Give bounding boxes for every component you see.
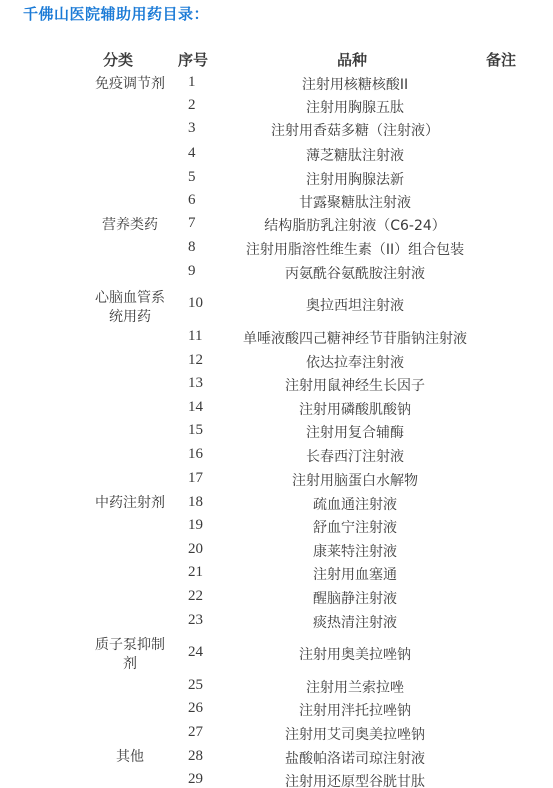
table-row: 15注射用复合辅酶 xyxy=(0,422,553,445)
page-title: 千佛山医院辅助用药目录： xyxy=(23,3,209,24)
drug-name: 注射用脂溶性维生素（II）组合包装 xyxy=(210,239,500,259)
table-row: 26注射用泮托拉唑钠 xyxy=(0,700,553,723)
table-row: 7结构脂肪乳注射液（C6-24） xyxy=(0,215,553,238)
table-row: 9丙氨酰谷氨酰胺注射液 xyxy=(0,263,553,286)
drug-name: 疏血通注射液 xyxy=(210,494,500,514)
table-row: 19舒血宁注射液 xyxy=(0,517,553,540)
row-number: 29 xyxy=(188,771,212,788)
table-row: 21注射用血塞通 xyxy=(0,564,553,587)
table-row: 13注射用鼠神经生长因子 xyxy=(0,375,553,398)
row-number: 28 xyxy=(188,748,212,765)
table-row: 4薄芝糖肽注射液 xyxy=(0,145,553,168)
drug-name: 注射用泮托拉唑钠 xyxy=(210,700,500,720)
drug-name: 注射用胸腺五肽 xyxy=(210,97,500,117)
row-number: 6 xyxy=(188,192,212,209)
row-number: 1 xyxy=(188,74,212,91)
row-number: 24 xyxy=(188,644,212,661)
drug-name: 注射用艾司奥美拉唑钠 xyxy=(210,724,500,744)
drug-name: 丙氨酰谷氨酰胺注射液 xyxy=(210,263,500,283)
row-number: 4 xyxy=(188,145,212,162)
table-row: 20康莱特注射液 xyxy=(0,541,553,564)
row-number: 20 xyxy=(188,541,212,558)
drug-name: 单唾液酸四己糖神经节苷脂钠注射液 xyxy=(210,328,500,348)
row-number: 16 xyxy=(188,446,212,463)
table-row: 24注射用奥美拉唑钠 xyxy=(0,644,553,667)
table-row: 16长春西汀注射液 xyxy=(0,446,553,469)
drug-name: 依达拉奉注射液 xyxy=(210,352,500,372)
table-row: 29注射用还原型谷胱甘肽 xyxy=(0,771,553,788)
drug-name: 薄芝糖肽注射液 xyxy=(210,145,500,165)
table-row: 18疏血通注射液 xyxy=(0,494,553,517)
drug-name: 注射用奥美拉唑钠 xyxy=(210,644,500,664)
row-number: 15 xyxy=(188,422,212,439)
row-number: 12 xyxy=(188,352,212,369)
header-note: 备注 xyxy=(486,49,516,70)
row-number: 17 xyxy=(188,470,212,487)
table-row: 5注射用胸腺法新 xyxy=(0,169,553,192)
drug-name: 奥拉西坦注射液 xyxy=(210,295,500,315)
row-number: 5 xyxy=(188,169,212,186)
table-row: 8注射用脂溶性维生素（II）组合包装 xyxy=(0,239,553,262)
table-row: 6甘露聚糖肽注射液 xyxy=(0,192,553,215)
drug-name: 注射用胸腺法新 xyxy=(210,169,500,189)
drug-name: 痰热清注射液 xyxy=(210,612,500,632)
drug-name: 注射用还原型谷胱甘肽 xyxy=(210,771,500,788)
table-row: 22醒脑静注射液 xyxy=(0,588,553,611)
table-row: 23痰热清注射液 xyxy=(0,612,553,635)
drug-name: 康莱特注射液 xyxy=(210,541,500,561)
drug-name: 注射用香菇多糖（注射液） xyxy=(210,120,500,140)
table-row: 2注射用胸腺五肽 xyxy=(0,97,553,120)
row-number: 21 xyxy=(188,564,212,581)
table-row: 1注射用核糖核酸II xyxy=(0,74,553,97)
drug-name: 注射用鼠神经生长因子 xyxy=(210,375,500,395)
row-number: 25 xyxy=(188,677,212,694)
table-row: 28盐酸帕洛诺司琼注射液 xyxy=(0,748,553,771)
table-row: 12依达拉奉注射液 xyxy=(0,352,553,375)
table-row: 17注射用脑蛋白水解物 xyxy=(0,470,553,493)
drug-name: 长春西汀注射液 xyxy=(210,446,500,466)
drug-name: 注射用磷酸肌酸钠 xyxy=(210,399,500,419)
row-number: 10 xyxy=(188,295,212,312)
row-number: 8 xyxy=(188,239,212,256)
table-row: 27注射用艾司奥美拉唑钠 xyxy=(0,724,553,747)
row-number: 14 xyxy=(188,399,212,416)
drug-name: 注射用血塞通 xyxy=(210,564,500,584)
drug-name: 舒血宁注射液 xyxy=(210,517,500,537)
row-number: 22 xyxy=(188,588,212,605)
row-number: 23 xyxy=(188,612,212,629)
header-number: 序号 xyxy=(178,49,208,70)
row-number: 18 xyxy=(188,494,212,511)
drug-name: 注射用核糖核酸II xyxy=(210,74,500,94)
table-row: 14注射用磷酸肌酸钠 xyxy=(0,399,553,422)
drug-name: 注射用兰索拉唑 xyxy=(210,677,500,697)
table-row: 10奥拉西坦注射液 xyxy=(0,295,553,318)
drug-name: 注射用脑蛋白水解物 xyxy=(210,470,500,490)
row-number: 19 xyxy=(188,517,212,534)
row-number: 26 xyxy=(188,700,212,717)
drug-name: 注射用复合辅酶 xyxy=(210,422,500,442)
header-category: 分类 xyxy=(103,49,133,70)
drug-name: 结构脂肪乳注射液（C6-24） xyxy=(210,215,500,235)
drug-name: 盐酸帕洛诺司琼注射液 xyxy=(210,748,500,768)
row-number: 7 xyxy=(188,215,212,232)
table-row: 3注射用香菇多糖（注射液） xyxy=(0,120,553,143)
row-number: 2 xyxy=(188,97,212,114)
row-number: 9 xyxy=(188,263,212,280)
drug-name: 醒脑静注射液 xyxy=(210,588,500,608)
row-number: 13 xyxy=(188,375,212,392)
row-number: 27 xyxy=(188,724,212,741)
header-name: 品种 xyxy=(337,49,367,70)
table-row: 25注射用兰索拉唑 xyxy=(0,677,553,700)
row-number: 3 xyxy=(188,120,212,137)
drug-name: 甘露聚糖肽注射液 xyxy=(210,192,500,212)
row-number: 11 xyxy=(188,328,212,345)
table-row: 11单唾液酸四己糖神经节苷脂钠注射液 xyxy=(0,328,553,351)
